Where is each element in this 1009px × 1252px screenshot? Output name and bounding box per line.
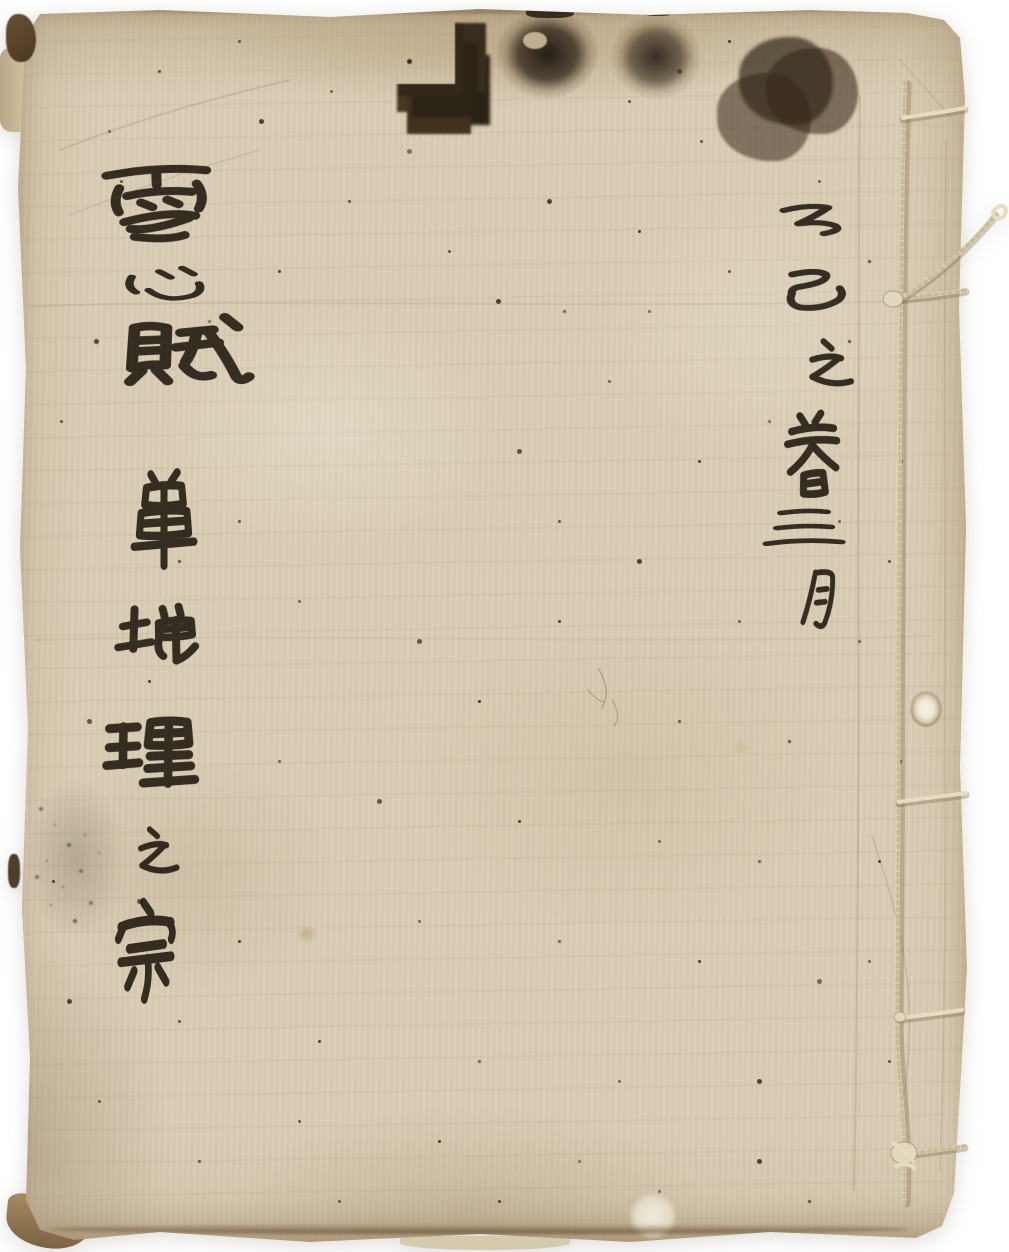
- calligraphy-char: 三: [750, 502, 854, 560]
- bottom-edge-underpage: [400, 1236, 570, 1250]
- mold-specks: [10, 8, 12, 10]
- foxing-speckles: [10, 8, 13, 11]
- book-cover: 雪心賦單地理之宗乙巳之春三月: [10, 8, 972, 1246]
- calligraphy-char: 之: [785, 331, 864, 412]
- calligraphy-char: 乙: [754, 194, 864, 262]
- brush-stroke-graphic: [764, 406, 855, 505]
- top-left-damage: [6, 14, 36, 62]
- date-column: 乙巳之春三月: [10, 8, 972, 1246]
- book: 雪心賦單地理之宗乙巳之春三月: [0, 0, 1009, 1252]
- calligraphy-char: 春: [764, 406, 855, 505]
- char-text: 巳: [761, 338, 762, 339]
- calligraphy-layer: 雪心賦單地理之宗乙巳之春三月: [10, 8, 972, 1246]
- photo-of-book-cover: 雪心賦單地理之宗乙巳之春三月: [0, 0, 1009, 1252]
- char-text: 乙: [754, 258, 755, 259]
- char-text: 三: [750, 560, 751, 561]
- brush-stroke-graphic: [754, 194, 864, 262]
- thread-tip-knot: [993, 206, 1006, 219]
- brush-stroke-graphic: [785, 331, 864, 412]
- char-text: 月: [786, 634, 787, 635]
- left-edge-notch: [8, 854, 20, 888]
- calligraphy-char: 巳: [759, 260, 862, 337]
- brush-stroke-graphic: [786, 562, 852, 637]
- brush-stroke-graphic: [750, 502, 854, 560]
- calligraphy-char: 月: [786, 562, 852, 637]
- brush-stroke-graphic: [759, 260, 862, 337]
